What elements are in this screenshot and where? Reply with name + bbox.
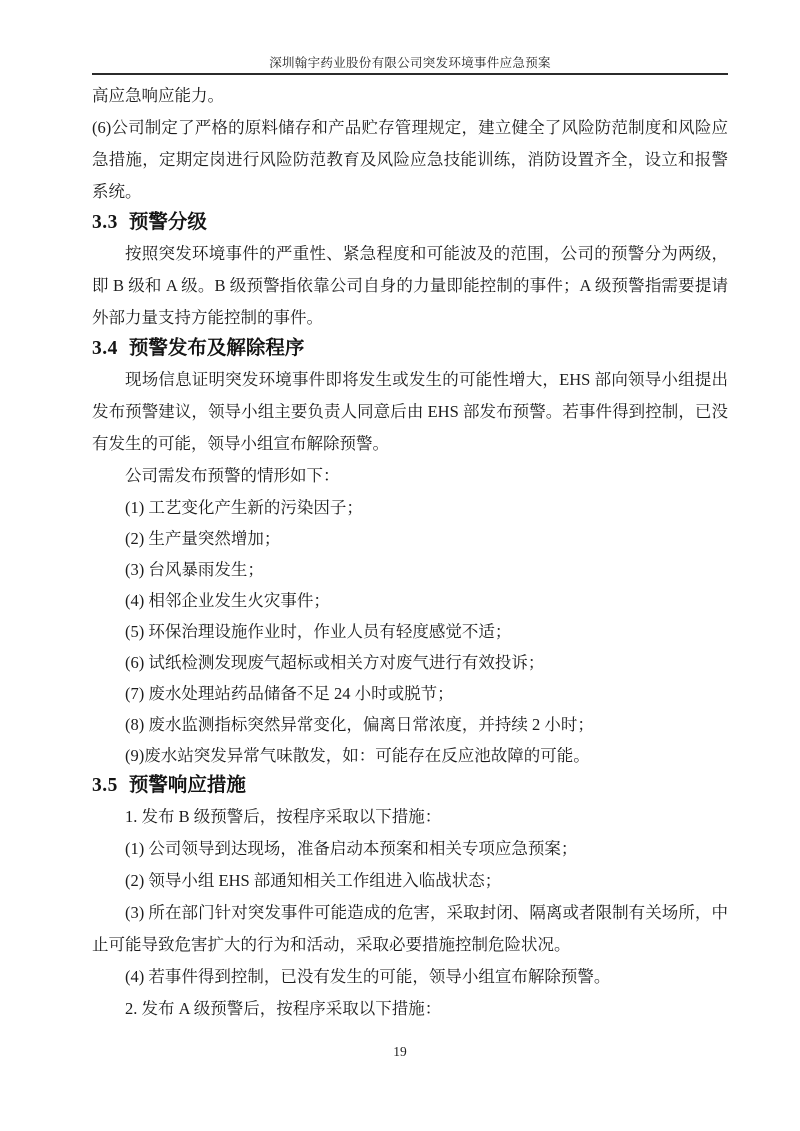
b-level-intro: 1. 发布 B 级预警后，按程序采取以下措施： <box>92 801 728 833</box>
risk-measure-paragraph: (6)公司制定了严格的原料储存和产品贮存管理规定，建立健全了风险防范制度和风险应… <box>92 112 728 208</box>
heading-number: 3.4 <box>92 338 118 359</box>
carryover-paragraph: 高应急响应能力。 <box>92 80 728 112</box>
heading-title: 预警发布及解除程序 <box>129 338 305 359</box>
page-header: 深圳翰宇药业股份有限公司突发环境事件应急预案 <box>92 0 728 75</box>
section-heading-3-4: 3.4预警发布及解除程序 <box>92 334 728 364</box>
warning-condition-item: (2) 生产量突然增加； <box>92 523 728 554</box>
heading-number: 3.3 <box>92 212 118 233</box>
heading-title: 预警响应措施 <box>129 775 246 796</box>
running-title: 深圳翰宇药业股份有限公司突发环境事件应急预案 <box>269 56 551 70</box>
page-number: 19 <box>393 1044 407 1059</box>
document-body: 高应急响应能力。 (6)公司制定了严格的原料储存和产品贮存管理规定，建立健全了风… <box>92 80 728 1025</box>
warning-condition-item: (8) 废水监测指标突然异常变化，偏离日常浓度，并持续 2 小时； <box>92 709 728 740</box>
b-level-measure-item: (4) 若事件得到控制，已没有发生的可能，领导小组宣布解除预警。 <box>92 961 728 993</box>
document-page: 深圳翰宇药业股份有限公司突发环境事件应急预案 高应急响应能力。 (6)公司制定了… <box>0 0 800 1131</box>
warning-condition-item: (3) 台风暴雨发生； <box>92 554 728 585</box>
heading-title: 预警分级 <box>129 212 207 233</box>
section-heading-3-5: 3.5预警响应措施 <box>92 771 728 801</box>
warning-condition-item: (6) 试纸检测发现废气超标或相关方对废气进行有效投诉； <box>92 647 728 678</box>
warning-condition-item: (9)废水站突发异常气味散发，如：可能存在反应池故障的可能。 <box>92 740 728 771</box>
warning-condition-item: (5) 环保治理设施作业时，作业人员有轻度感觉不适； <box>92 616 728 647</box>
page-footer: 19 <box>0 1044 800 1060</box>
b-level-measure-item: (1) 公司领导到达现场，准备启动本预案和相关专项应急预案； <box>92 833 728 865</box>
b-level-measure-item: (2) 领导小组 EHS 部通知相关工作组进入临战状态； <box>92 865 728 897</box>
section-3-4-paragraph: 现场信息证明突发环境事件即将发生或发生的可能性增大，EHS 部向领导小组提出发布… <box>92 364 728 460</box>
warning-condition-item: (7) 废水处理站药品储备不足 24 小时或脱节； <box>92 678 728 709</box>
a-level-intro: 2. 发布 A 级预警后，按程序采取以下措施： <box>92 993 728 1025</box>
warning-list-intro: 公司需发布预警的情形如下： <box>92 460 728 492</box>
b-level-measure-item: (3) 所在部门针对突发事件可能造成的危害，采取封闭、隔离或者限制有关场所，中止… <box>92 897 728 961</box>
warning-condition-item: (4) 相邻企业发生火灾事件； <box>92 585 728 616</box>
heading-number: 3.5 <box>92 775 118 796</box>
section-3-3-paragraph: 按照突发环境事件的严重性、紧急程度和可能波及的范围，公司的预警分为两级，即 B … <box>92 238 728 334</box>
section-heading-3-3: 3.3预警分级 <box>92 208 728 238</box>
warning-condition-item: (1) 工艺变化产生新的污染因子； <box>92 492 728 523</box>
